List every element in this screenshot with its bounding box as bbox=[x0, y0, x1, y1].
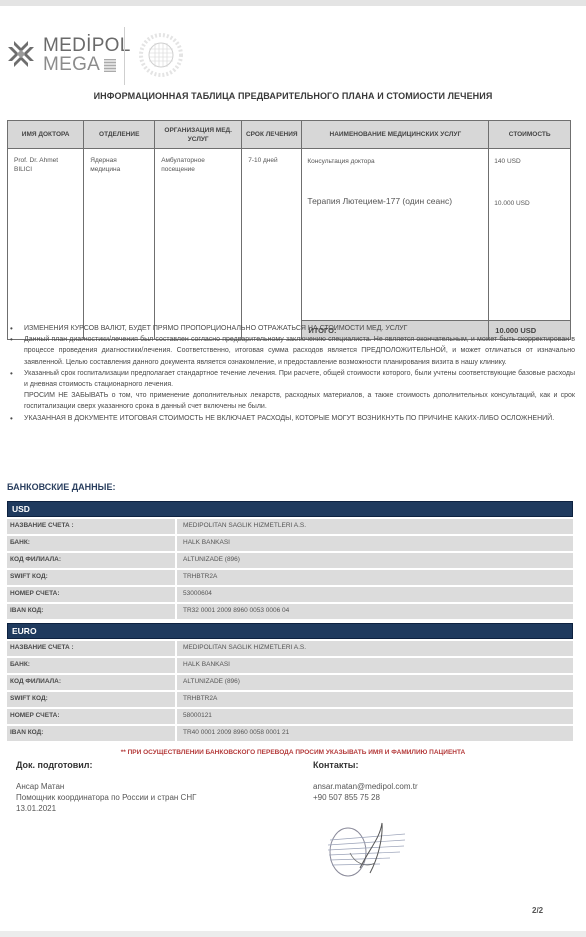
bank-row: КОД ФИЛИАЛА: ALTUNIZADE (896) bbox=[7, 553, 573, 568]
note-text: УКАЗАННАЯ В ДОКУМЕНТЕ ИТОГОВАЯ СТОИМОСТЬ… bbox=[24, 413, 575, 424]
bullet-icon: • bbox=[10, 368, 13, 379]
bank-field-label: IBAN КОД: bbox=[7, 604, 175, 619]
bank-field-value: HALK BANKASI bbox=[177, 536, 573, 551]
col-header-cost: СТОИМОСТЬ bbox=[489, 121, 571, 149]
bank-field-value: TRHBTR2A bbox=[177, 570, 573, 585]
bank-row: SWIFT КОД: TRHBTR2A bbox=[7, 692, 573, 707]
bank-row: НОМЕР СЧЕТА: 53000604 bbox=[7, 587, 573, 602]
bank-field-label: КОД ФИЛИАЛА: bbox=[7, 675, 175, 690]
prepared-by-label: Док. подготовил: bbox=[16, 760, 93, 770]
treatment-plan-table: ИМЯ ДОКТОРА ОТДЕЛЕНИЕ ОРГАНИЗАЦИЯ МЕД. У… bbox=[7, 120, 571, 340]
costs-cell: 140 USD 10.000 USD bbox=[489, 149, 571, 321]
bullet-icon: • bbox=[10, 413, 13, 424]
col-header-services: НАИМЕНОВАНИЕ МЕДИЦИНСКИХ УСЛУГ bbox=[302, 121, 489, 149]
bank-field-label: НАЗВАНИЕ СЧЕТА : bbox=[7, 519, 175, 534]
col-header-organization: ОРГАНИЗАЦИЯ МЕД. УСЛУГ bbox=[155, 121, 242, 149]
bank-field-label: SWIFT КОД: bbox=[7, 692, 175, 707]
logo-text-mega: MEGA bbox=[43, 54, 100, 76]
bank-field-label: IBAN КОД: bbox=[7, 726, 175, 741]
note-extra-text: ПРОСИМ НЕ ЗАБЫВАТЬ о том, что применение… bbox=[24, 390, 575, 412]
contact-info: ansar.matan@medipol.com.tr +90 507 855 7… bbox=[313, 781, 418, 803]
bank-row: НАЗВАНИЕ СЧЕТА : MEDIPOLITAN SAGLIK HIZM… bbox=[7, 519, 573, 534]
note-item: • УКАЗАННАЯ В ДОКУМЕНТЕ ИТОГОВАЯ СТОИМОС… bbox=[10, 413, 575, 424]
bank-field-value: MEDIPOLITAN SAGLIK HIZMETLERI A.S. bbox=[177, 641, 573, 656]
col-header-doctor: ИМЯ ДОКТОРА bbox=[8, 121, 84, 149]
note-item: • Указанный срок госпитализации предпола… bbox=[10, 368, 575, 413]
note-item: • ИЗМЕНЕНИЯ КУРСОВ ВАЛЮТ, БУДЕТ ПРЯМО ПР… bbox=[10, 323, 575, 334]
note-text: Указанный срок госпитализации предполага… bbox=[24, 368, 575, 390]
bank-field-value: ALTUNIZADE (896) bbox=[177, 553, 573, 568]
top-edge bbox=[0, 0, 586, 6]
duration-cell: 7-10 дней bbox=[242, 149, 302, 340]
note-text: ИЗМЕНЕНИЯ КУРСОВ ВАЛЮТ, БУДЕТ ПРЯМО ПРОП… bbox=[24, 323, 575, 334]
bank-field-value: TR40 0001 2009 8960 0058 0001 21 bbox=[177, 726, 573, 741]
bottom-edge bbox=[0, 931, 586, 937]
signature-stamp-icon bbox=[320, 818, 430, 878]
medipol-logo: MEDİPOL MEGA bbox=[6, 35, 206, 85]
bullet-icon: • bbox=[10, 334, 13, 345]
bullet-icon: • bbox=[10, 323, 13, 334]
service-name: Терапия Лютецием-177 (один сеанс) bbox=[302, 166, 488, 208]
service-cost: 10.000 USD bbox=[489, 166, 570, 208]
col-header-duration: СРОК ЛЕЧЕНИЯ bbox=[242, 121, 302, 149]
bank-field-label: БАНК: bbox=[7, 536, 175, 551]
mega-emblem-icon bbox=[104, 59, 116, 72]
bank-field-label: НАЗВАНИЕ СЧЕТА : bbox=[7, 641, 175, 656]
bank-row: БАНК: HALK BANKASI bbox=[7, 658, 573, 673]
note-text: Данный план диагностики/лечения был сост… bbox=[24, 334, 575, 368]
document-title: ИНФОРМАЦИОННАЯ ТАБЛИЦА ПРЕДВАРИТЕЛЬНОГО … bbox=[0, 91, 586, 101]
bank-details-heading: БАНКОВСКИЕ ДАННЫЕ: bbox=[7, 482, 115, 492]
university-hospital-globe-icon bbox=[136, 30, 186, 80]
page-number: 2/2 bbox=[532, 906, 543, 915]
col-header-department: ОТДЕЛЕНИЕ bbox=[84, 121, 155, 149]
contact-email[interactable]: ansar.matan@medipol.com.tr bbox=[313, 781, 418, 792]
bank-row: SWIFT КОД: TRHBTR2A bbox=[7, 570, 573, 585]
bank-field-label: БАНК: bbox=[7, 658, 175, 673]
doctor-cell: Prof. Dr. Ahmet BILICI bbox=[8, 149, 84, 340]
bank-field-value: 53000604 bbox=[177, 587, 573, 602]
preparer-info: Ансар Матан Помощник координатора по Рос… bbox=[16, 781, 196, 814]
currency-header: EURO bbox=[7, 623, 573, 639]
medipol-logo-mark-icon bbox=[6, 39, 36, 69]
bank-row: БАНК: HALK BANKASI bbox=[7, 536, 573, 551]
bank-field-label: КОД ФИЛИАЛА: bbox=[7, 553, 175, 568]
contact-phone[interactable]: +90 507 855 75 28 bbox=[313, 792, 418, 803]
bank-field-label: НОМЕР СЧЕТА: bbox=[7, 587, 175, 602]
bank-row: КОД ФИЛИАЛА: ALTUNIZADE (896) bbox=[7, 675, 573, 690]
transfer-note: ** ПРИ ОСУЩЕСТВЛЕНИИ БАНКОВСКОГО ПЕРЕВОД… bbox=[0, 749, 586, 756]
note-item: • Данный план диагностики/лечения был со… bbox=[10, 334, 575, 368]
bank-field-value: ALTUNIZADE (896) bbox=[177, 675, 573, 690]
table-header-row: ИМЯ ДОКТОРА ОТДЕЛЕНИЕ ОРГАНИЗАЦИЯ МЕД. У… bbox=[8, 121, 571, 149]
bank-field-label: SWIFT КОД: bbox=[7, 570, 175, 585]
services-cell: Консультация доктора Терапия Лютецием-17… bbox=[302, 149, 489, 321]
contacts-label: Контакты: bbox=[313, 760, 358, 770]
bank-block-euro: EURO НАЗВАНИЕ СЧЕТА : MEDIPOLITAN SAGLIK… bbox=[7, 623, 573, 741]
organization-cell: Амбулаторное посещение bbox=[155, 149, 242, 340]
currency-header: USD bbox=[7, 501, 573, 517]
table-row: Prof. Dr. Ahmet BILICI Ядерная медицина … bbox=[8, 149, 571, 321]
service-name: Консультация доктора bbox=[302, 149, 488, 166]
bank-field-value: TR32 0001 2009 8960 0053 0006 04 bbox=[177, 604, 573, 619]
department-cell: Ядерная медицина bbox=[84, 149, 155, 340]
service-cost: 140 USD bbox=[489, 149, 570, 166]
bank-field-value: 58000121 bbox=[177, 709, 573, 724]
bank-field-value: TRHBTR2A bbox=[177, 692, 573, 707]
notes-list: • ИЗМЕНЕНИЯ КУРСОВ ВАЛЮТ, БУДЕТ ПРЯМО ПР… bbox=[10, 323, 575, 424]
bank-row: НОМЕР СЧЕТА: 58000121 bbox=[7, 709, 573, 724]
bank-row: IBAN КОД: TR40 0001 2009 8960 0058 0001 … bbox=[7, 726, 573, 741]
bank-field-value: MEDIPOLITAN SAGLIK HIZMETLERI A.S. bbox=[177, 519, 573, 534]
logo-divider bbox=[124, 27, 125, 85]
bank-row: IBAN КОД: TR32 0001 2009 8960 0053 0006 … bbox=[7, 604, 573, 619]
bank-field-label: НОМЕР СЧЕТА: bbox=[7, 709, 175, 724]
bank-field-value: HALK BANKASI bbox=[177, 658, 573, 673]
preparer-name: Ансар Матан bbox=[16, 781, 196, 792]
preparer-role: Помощник координатора по России и стран … bbox=[16, 792, 196, 803]
preparer-date: 13.01.2021 bbox=[16, 803, 196, 814]
bank-block-usd: USD НАЗВАНИЕ СЧЕТА : MEDIPOLITAN SAGLIK … bbox=[7, 501, 573, 619]
bank-row: НАЗВАНИЕ СЧЕТА : MEDIPOLITAN SAGLIK HIZM… bbox=[7, 641, 573, 656]
